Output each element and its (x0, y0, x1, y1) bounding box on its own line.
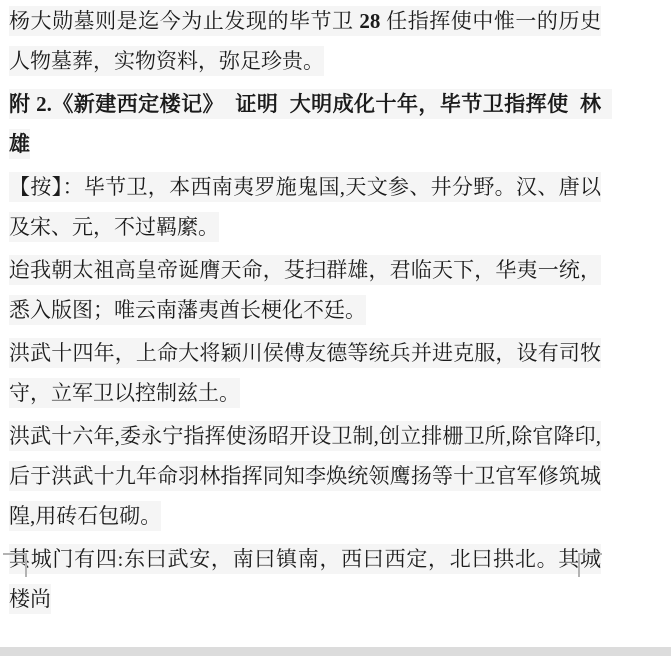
text-run: 迨我朝太祖高皇帝诞膺天命，芟扫群雄，君临天下，华夷一统，悉入版图；唯云南藩夷酋长… (9, 255, 601, 325)
text-run-bold: 28 (359, 6, 380, 36)
document-text-area[interactable]: 杨大勋墓则是迄今为止发现的毕节卫 28 任指挥使中惟一的历史人物墓葬，实物资料，… (9, 1, 601, 622)
paragraph-5[interactable]: 洪武十四年，上命大将颖川侯傅友德等统兵并进克服，设有司牧守，立军卫以控制兹土。 (9, 333, 601, 413)
paragraph-2[interactable]: 附 2.《新建西定楼记》 证明 大明成化十年，毕节卫指挥使 林 雄 (9, 84, 601, 164)
paragraph-4[interactable]: 迨我朝太祖高皇帝诞膺天命，芟扫群雄，君临天下，华夷一统，悉入版图；唯云南藩夷酋长… (9, 250, 601, 330)
text-run-bold: 附 2.《新建西定楼记》 证明 大明成化十年，毕节卫指挥使 林 雄 (9, 89, 612, 159)
page-margin-mark-left (3, 553, 27, 577)
page-margin-mark-right (578, 553, 602, 577)
text-run: 洪武十六年,委永宁指挥使汤昭开设卫制,创立排栅卫所,除官降印,后于洪武十九年命羽… (9, 421, 601, 531)
window-bottom-edge (0, 647, 671, 656)
text-run: 洪武十四年，上命大将颖川侯傅友德等统兵并进克服，设有司牧守，立军卫以控制兹土。 (9, 338, 601, 408)
paragraph-1[interactable]: 杨大勋墓则是迄今为止发现的毕节卫 28 任指挥使中惟一的历史人物墓葬，实物资料，… (9, 1, 601, 81)
paragraph-6[interactable]: 洪武十六年,委永宁指挥使汤昭开设卫制,创立排栅卫所,除官降印,后于洪武十九年命羽… (9, 416, 601, 536)
text-run: 【按】：毕节卫，本西南夷罗施鬼国,天文参、井分野。汉、唐以及宋、元，不过羁縻。 (9, 172, 601, 242)
text-run: 杨大勋墓则是迄今为止发现的毕节卫 (9, 6, 359, 36)
paragraph-7[interactable]: 其城门有四:东曰武安，南曰镇南，西曰西定，北曰拱北。其城楼尚 (9, 539, 601, 619)
text-run: 其城门有四:东曰武安，南曰镇南，西曰西定，北曰拱北。其城楼尚 (9, 544, 601, 614)
paragraph-3[interactable]: 【按】：毕节卫，本西南夷罗施鬼国,天文参、井分野。汉、唐以及宋、元，不过羁縻。 (9, 167, 601, 247)
